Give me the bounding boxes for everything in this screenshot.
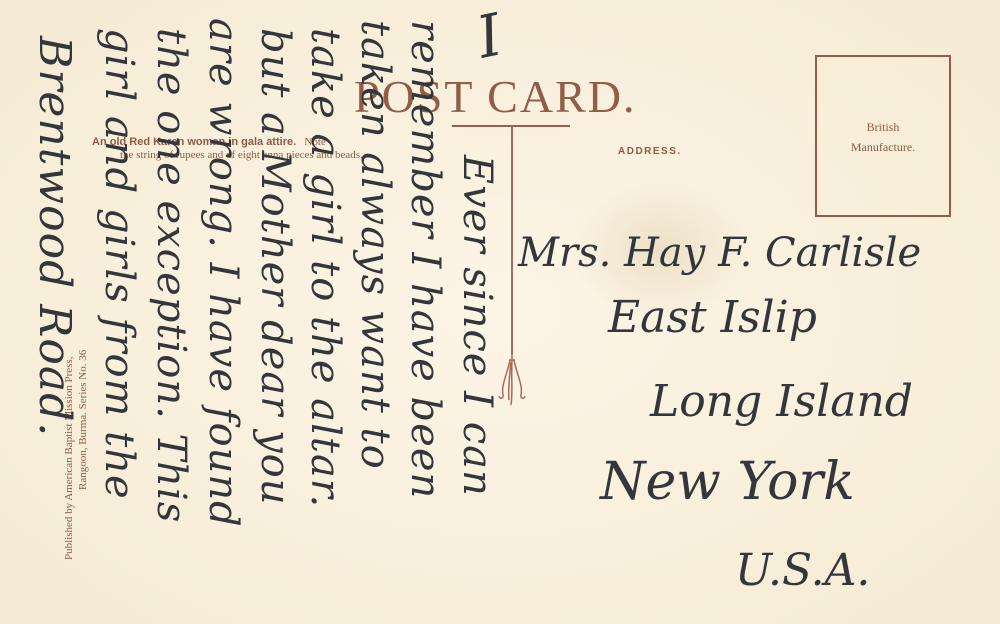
- message-line-1: Ever since I can: [454, 155, 500, 497]
- handwritten-corner-mark: I: [471, 0, 508, 71]
- message-line-9: Brentwood Road.: [29, 36, 80, 437]
- stamp-line-1: British: [817, 117, 949, 137]
- address-country: U.S.A.: [735, 545, 870, 596]
- message-line-8: girl and girls from the: [96, 28, 142, 500]
- address-label: ADDRESS.: [618, 146, 682, 157]
- message-line-5: but a Mother dear you: [252, 28, 298, 506]
- tassel-ornament-icon: [497, 340, 527, 410]
- stamp-box-text: British Manufacture.: [817, 117, 949, 157]
- center-divider: [511, 126, 513, 354]
- message-line-4: take a girl to the altar.: [302, 28, 348, 508]
- address-region: Long Island: [650, 376, 913, 427]
- stamp-box: British Manufacture.: [815, 55, 951, 217]
- address-town: East Islip: [608, 292, 817, 343]
- message-line-3: taken always want to: [352, 20, 398, 470]
- message-line-6: are wrong. I have found: [200, 18, 246, 528]
- stamp-line-2: Manufacture.: [817, 137, 949, 157]
- postcard-back: POST CARD. An old Red Karen woman in gal…: [0, 0, 1000, 624]
- address-recipient: Mrs. Hay F. Carlisle: [518, 230, 921, 276]
- message-line-2: remember I have been: [402, 20, 448, 499]
- address-state: New York: [600, 452, 855, 512]
- message-line-7: the one exception. This: [148, 28, 194, 523]
